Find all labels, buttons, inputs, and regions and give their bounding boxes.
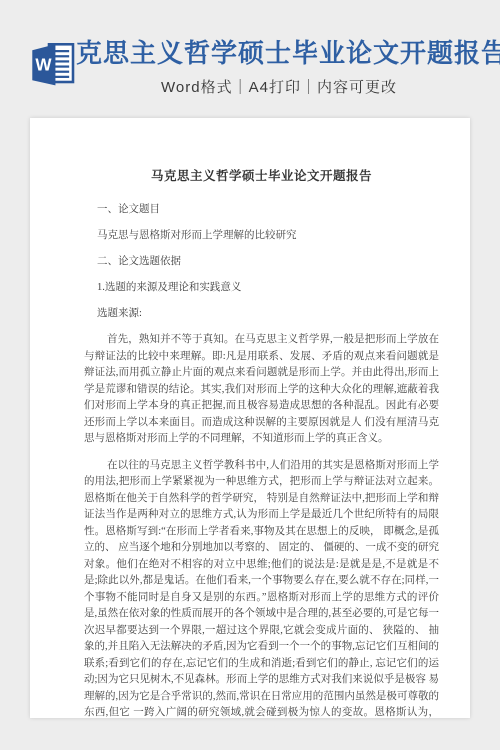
thesis-title-line: 马克思与恩格斯对形而上学理解的比较研究 — [84, 228, 439, 245]
format-subtitle: Word格式｜A4打印｜内容可更改 — [76, 76, 482, 97]
section-heading-basis: 二、论文选题依据 — [84, 254, 439, 271]
subsection-heading-source: 1.选题的来源及理论和实践意义 — [84, 280, 439, 297]
topic-source-label: 选题来源: — [84, 306, 439, 323]
word-icon: W — [28, 38, 76, 90]
document-preview-sheet: 马克思主义哲学硕士毕业论文开题报告 一、论文题目 马克思与恩格斯对形而上学理解的… — [30, 118, 470, 718]
header-text: 克思主义哲学硕士毕业论文开题报告 Word格式｜A4打印｜内容可更改 — [76, 34, 482, 97]
header: W 克思主义哲学硕士毕业论文开题报告 Word格式｜A4打印｜内容可更改 — [0, 0, 500, 97]
document-title: 马克思主义哲学硕士毕业论文开题报告 — [84, 168, 439, 185]
section-heading-thesis-title: 一、论文题目 — [84, 202, 439, 219]
body-paragraph-2: 在以往的马克思主义哲学教科书中,人们沿用的其实是恩格斯对形而上学的用法,把形而上… — [84, 458, 439, 719]
word-icon-letter: W — [35, 54, 52, 74]
template-preview-page: W 克思主义哲学硕士毕业论文开题报告 Word格式｜A4打印｜内容可更改 马克思… — [0, 0, 500, 750]
body-paragraph-1: 首先，熟知并不等于真知。在马克思主义哲学界,一般是把形而上学放在与辩证法的比较中… — [84, 332, 439, 448]
page-title: 克思主义哲学硕士毕业论文开题报告 — [76, 38, 482, 69]
